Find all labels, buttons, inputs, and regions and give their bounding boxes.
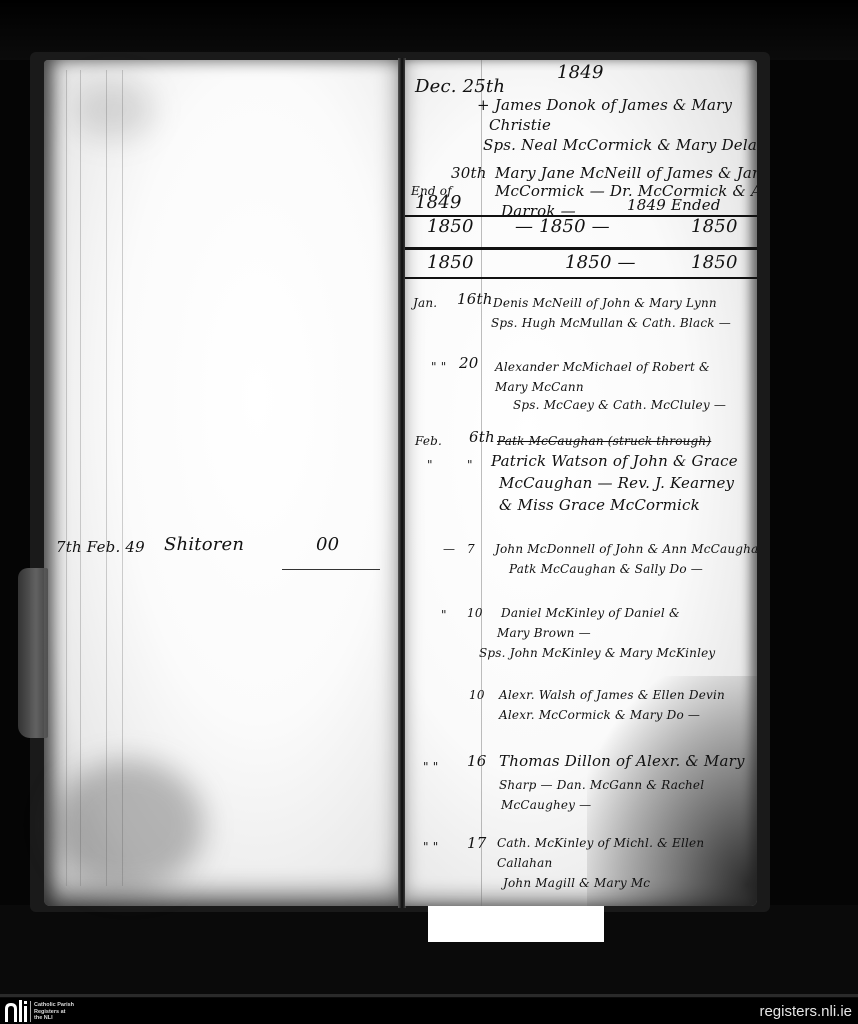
year-ended-note: 1849 Ended xyxy=(627,196,721,214)
entry-month: Feb. xyxy=(415,432,442,450)
entry-line: Sps. Hugh McMullan & Cath. Black — xyxy=(491,314,731,332)
entry-line: Sps. John McKinley & Mary McKinley xyxy=(479,644,715,662)
entry-line: Alexr. McCormick & Mary Do — xyxy=(499,706,700,724)
entry-day: 6th xyxy=(469,428,495,446)
entry-day: 7 xyxy=(467,540,475,558)
entry-month: Jan. xyxy=(413,294,437,312)
margin-rule xyxy=(481,60,482,906)
entry-day: 20 xyxy=(459,354,479,372)
entry-line: Sps. McCaey & Cath. McCluley — xyxy=(513,396,726,414)
entry-line: McCaughan — Rev. J. Kearney xyxy=(499,474,734,492)
year-divider-text: 1850 xyxy=(427,218,474,236)
entry-month: " " xyxy=(431,358,446,376)
year-divider-rule xyxy=(405,247,757,250)
year-divider-text: 1850 xyxy=(691,254,738,272)
struck-entry: Patk McCaughan (struck through) xyxy=(497,432,711,450)
footer-bar xyxy=(0,998,858,1024)
torn-page-flap xyxy=(18,568,48,738)
water-stain xyxy=(54,760,204,890)
entry-line: Thomas Dillon of Alexr. & Mary xyxy=(499,752,745,770)
entry-line: Sharp — Dan. McGann & Rachel xyxy=(499,776,704,794)
year-divider-text: — 1850 — xyxy=(515,218,610,236)
left-entry-date: 7th Feb. 49 xyxy=(56,538,145,556)
entry-line: John McDonnell of John & Ann McCaughan xyxy=(495,540,757,558)
entry-line: Patk McCaughan & Sally Do — xyxy=(509,560,703,578)
entry-line: Alexr. Walsh of James & Ellen Devin xyxy=(499,686,725,704)
entry-date: Dec. 25th xyxy=(415,78,505,96)
site-url-link[interactable]: registers.nli.ie xyxy=(759,1003,852,1020)
entry-month: — xyxy=(443,540,455,558)
year-divider-text: 1850 xyxy=(691,218,738,236)
scan-backdrop-top xyxy=(0,0,858,60)
year-divider-text: 1850 xyxy=(427,254,474,272)
logo-separator xyxy=(30,1001,31,1022)
entry-day: 16th xyxy=(457,290,493,308)
entry-month: " " xyxy=(423,758,438,776)
image-viewer: 7th Feb. 49 Shitoren 00 Dec. 25th 1849 +… xyxy=(0,0,858,998)
entry-day: 10 xyxy=(469,686,485,704)
right-page: Dec. 25th 1849 + James Donok of James & … xyxy=(405,60,757,906)
underline xyxy=(282,569,380,570)
entry-line: + James Donok of James & Mary xyxy=(477,96,732,114)
entry-day: 17 xyxy=(467,834,487,852)
entry-date: 30th xyxy=(451,164,487,182)
entry-line: John Magill & Mary Mc xyxy=(503,874,650,892)
tagline-line: Catholic Parish xyxy=(34,1002,74,1009)
entry-day: 10 xyxy=(467,604,483,622)
entry-line: Mary Jane McNeill of James & Jane xyxy=(495,164,757,182)
entry-line: Alexander McMichael of Robert & xyxy=(495,358,710,376)
page-ruling xyxy=(80,70,81,886)
left-page: 7th Feb. 49 Shitoren 00 xyxy=(44,60,400,906)
left-entry-name: Shitoren xyxy=(164,536,244,554)
tagline-line: the NLI xyxy=(34,1015,74,1022)
entry-day: 16 xyxy=(467,752,487,770)
header-year: 1849 xyxy=(557,64,604,82)
entry-line: Patrick Watson of John & Grace xyxy=(491,452,738,470)
entry-day: " xyxy=(467,456,473,474)
margin-note: 1849 xyxy=(415,194,462,212)
entry-line: Mary McCann xyxy=(495,378,584,396)
entry-line: Denis McNeill of John & Mary Lynn xyxy=(493,294,717,312)
archive-label-strip xyxy=(428,906,604,942)
entry-line: & Miss Grace McCormick xyxy=(499,496,700,514)
entry-line: McCaughey — xyxy=(501,796,591,814)
scan-edge xyxy=(0,994,858,997)
entry-line: Christie xyxy=(489,116,551,134)
entry-month: " xyxy=(441,606,447,624)
logo-tagline: Catholic Parish Registers at the NLI xyxy=(34,1002,74,1022)
entry-month: " xyxy=(427,456,433,474)
year-divider-rule xyxy=(405,277,757,279)
year-divider-text: 1850 — xyxy=(565,254,636,272)
entry-line: Callahan xyxy=(497,854,552,872)
entry-line: Daniel McKinley of Daniel & xyxy=(501,604,680,622)
water-stain xyxy=(74,80,154,140)
entry-line: Cath. McKinley of Michl. & Ellen xyxy=(497,834,704,852)
entry-line: Sps. Neal McCormick & Mary Delany xyxy=(483,136,757,154)
entry-line: Mary Brown — xyxy=(497,624,591,642)
left-entry-amount: 00 xyxy=(316,536,339,554)
nli-logo-icon[interactable] xyxy=(4,1000,28,1022)
page-ruling xyxy=(66,70,67,886)
entry-month: " " xyxy=(423,838,438,856)
